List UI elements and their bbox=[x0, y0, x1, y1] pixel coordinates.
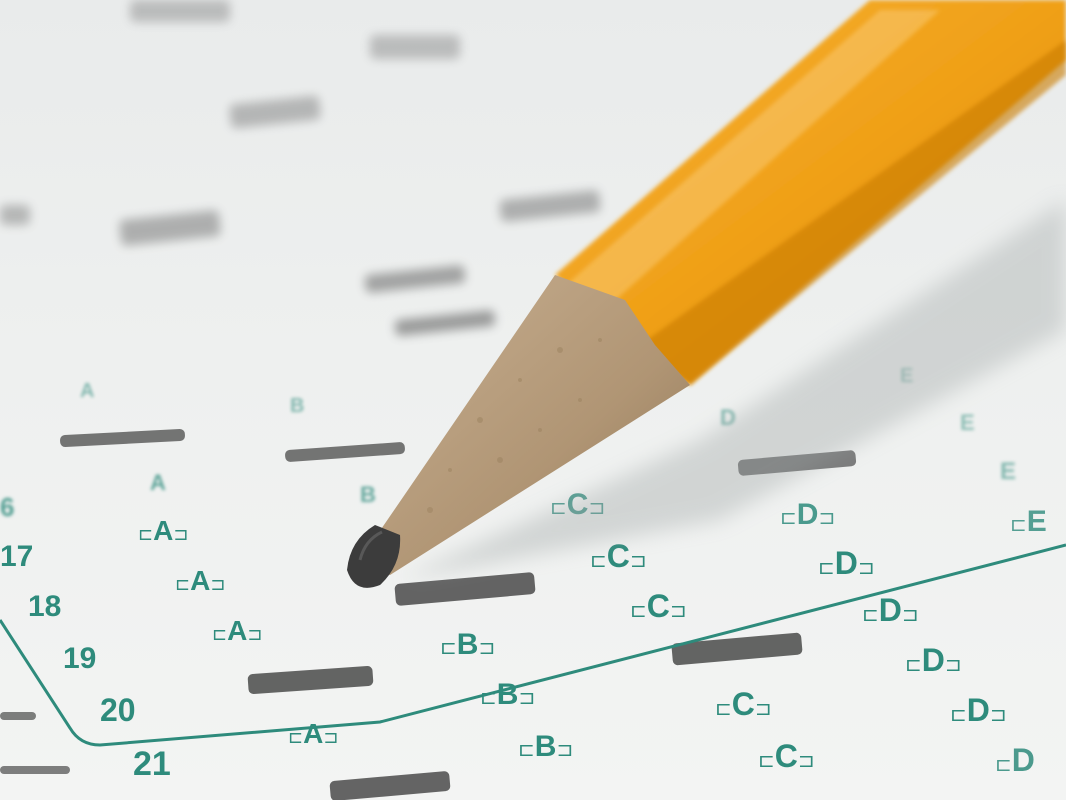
photo-scene: A B A B D E E E 6 17 18 19 20 21 ⊏A⊐ ⊏A⊐ bbox=[0, 0, 1066, 800]
answer-sheet: 17 18 19 20 21 ⊏A⊐ ⊏A⊐ ⊏A⊐ ⊏A⊐ ⊏B⊐ ⊏B⊐ ⊏… bbox=[0, 0, 1066, 800]
pencil-icon bbox=[0, 0, 1066, 800]
